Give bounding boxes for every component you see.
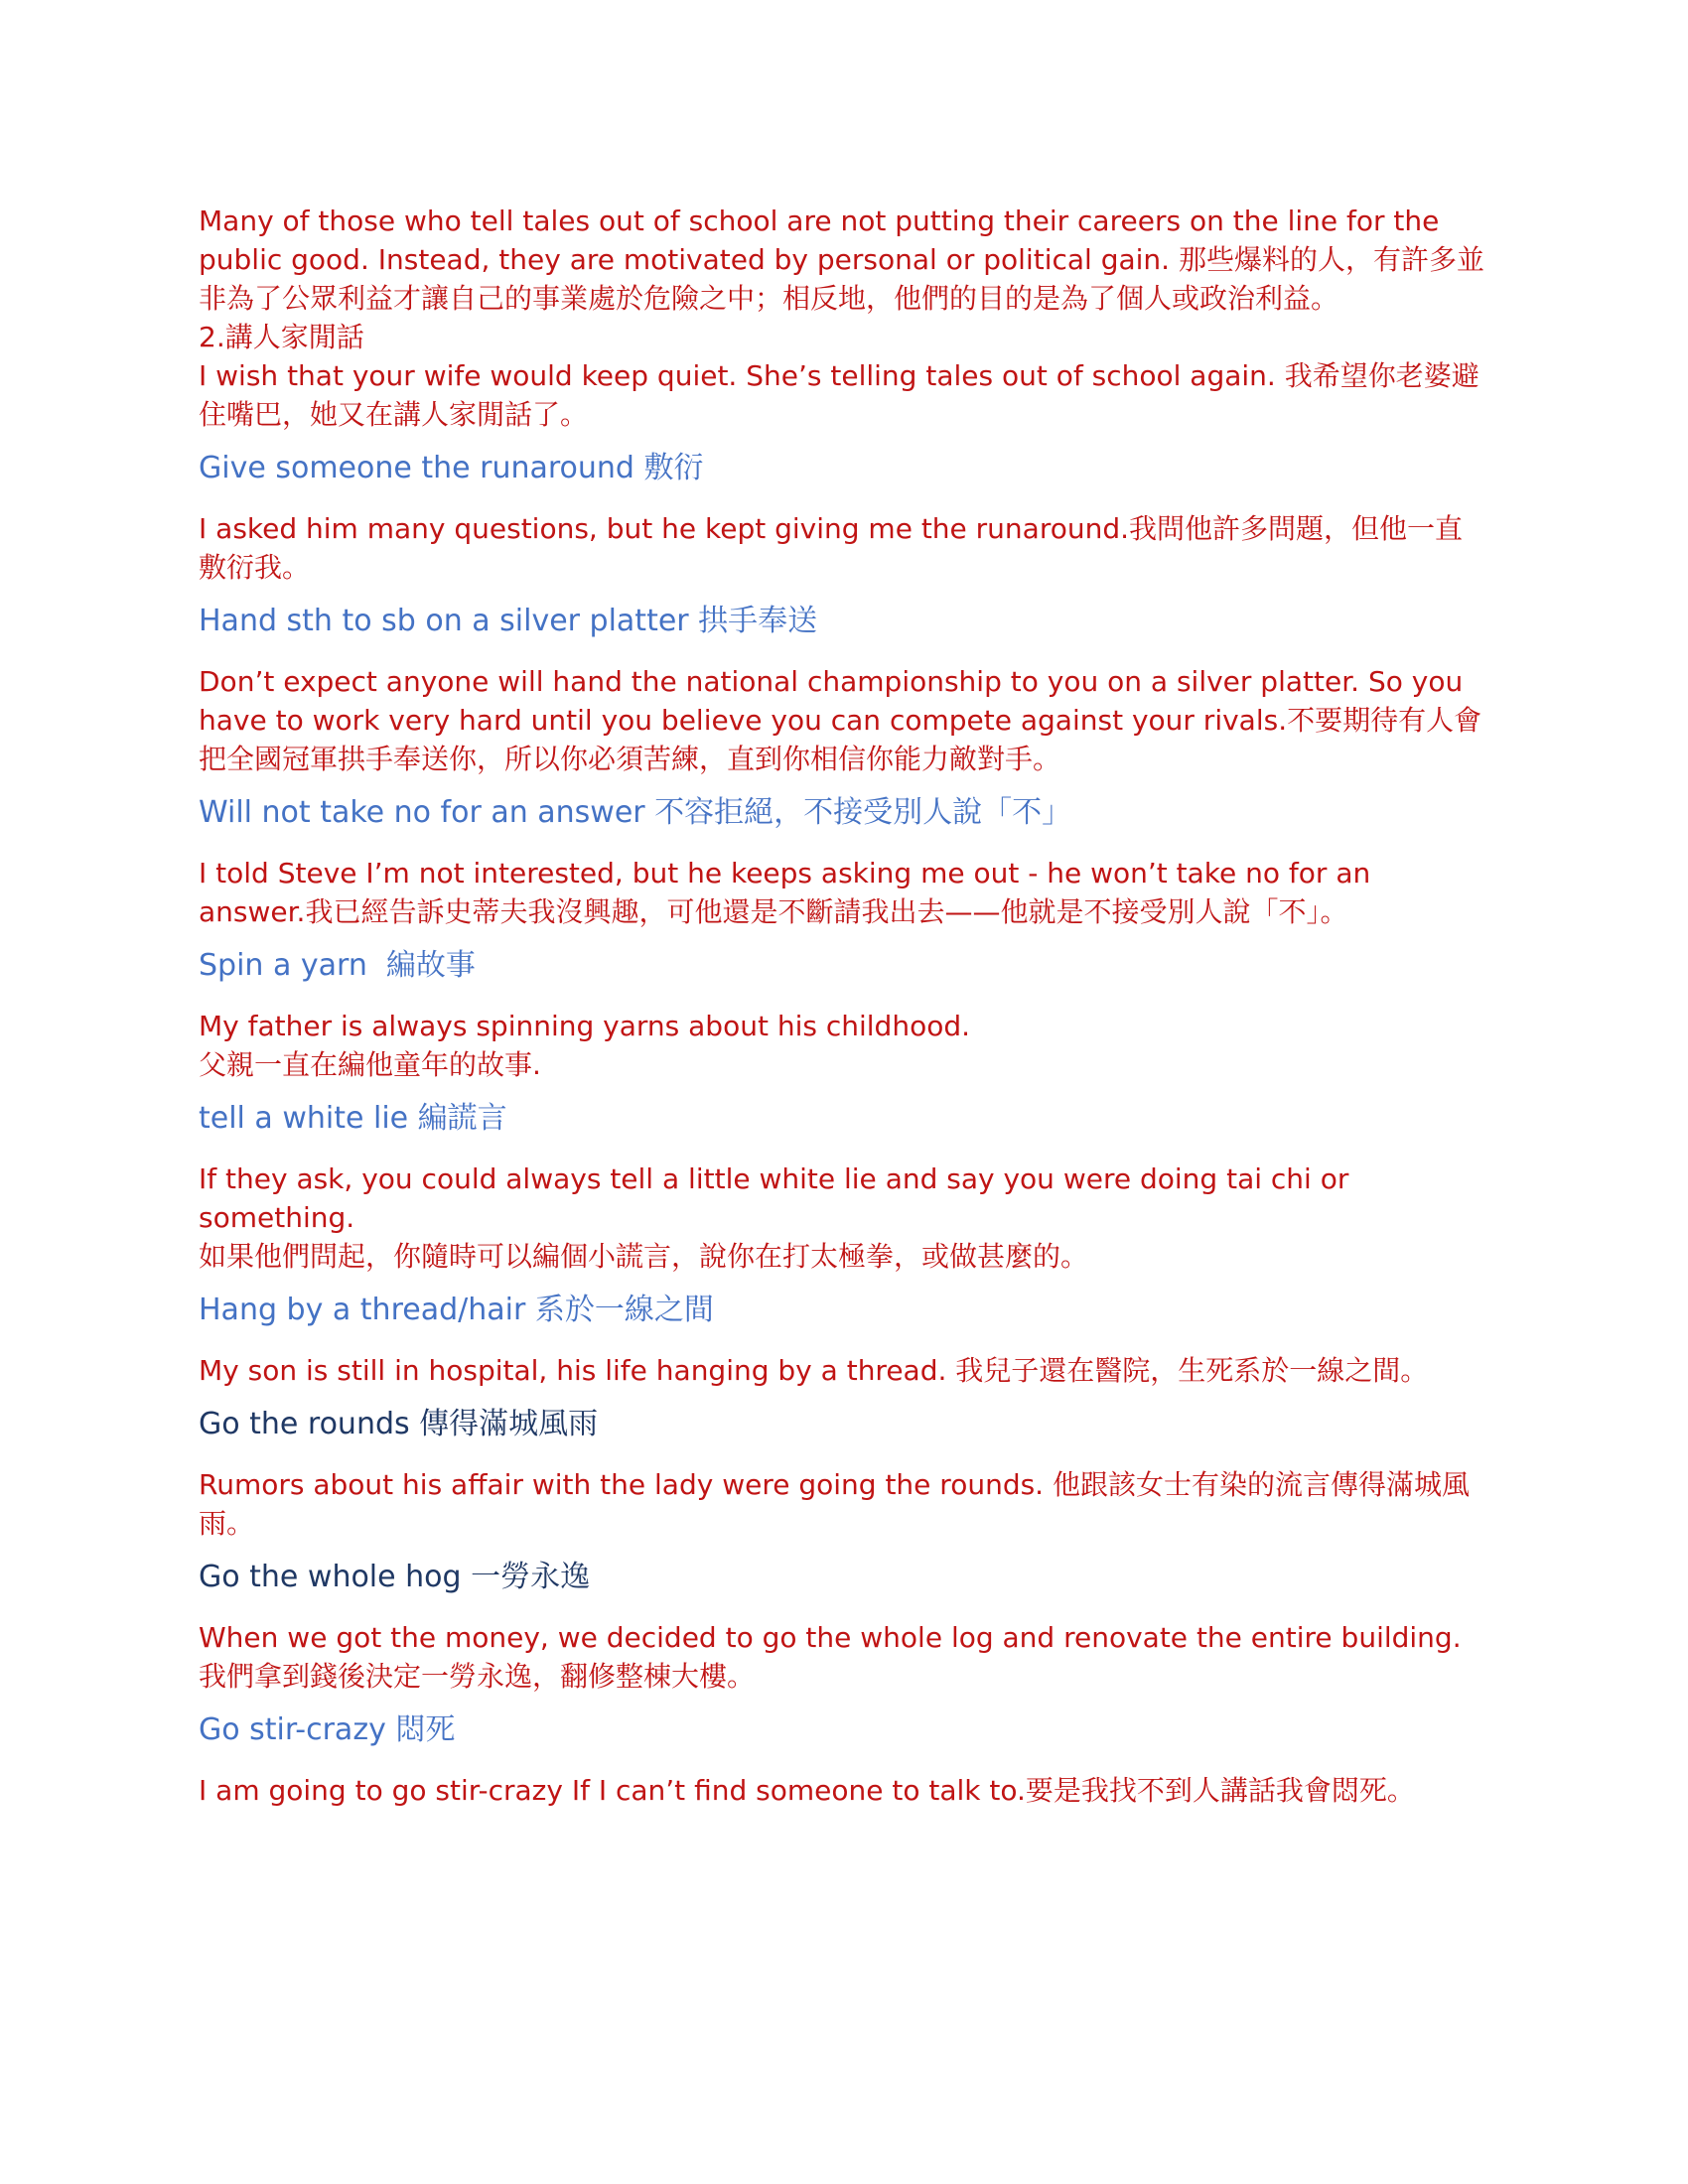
idiom-heading: Give someone the runaround 敷衍 bbox=[199, 449, 1484, 488]
idiom-heading: Go stir-crazy 悶死 bbox=[199, 1710, 1484, 1750]
example-sentence-translation: 父親一直在編他童年的故事. bbox=[199, 1045, 1484, 1084]
example-sentence: If they ask, you could always tell a lit… bbox=[199, 1160, 1484, 1237]
intro-numbered-item: 2.講人家閒話 bbox=[199, 318, 1484, 356]
idiom-entry: Will not take no for an answer 不容拒絕，不接受別… bbox=[199, 793, 1484, 931]
example-sentence: I am going to go stir-crazy If I can’t f… bbox=[199, 1771, 1484, 1810]
idiom-entry: Go stir-crazy 悶死 I am going to go stir-c… bbox=[199, 1710, 1484, 1810]
idiom-entry: Go the rounds 傳得滿城風雨 Rumors about his af… bbox=[199, 1405, 1484, 1543]
example-sentence: My father is always spinning yarns about… bbox=[199, 1007, 1484, 1045]
idiom-heading: Go the rounds 傳得滿城風雨 bbox=[199, 1405, 1484, 1444]
example-sentence-translation: 如果他們問起，你隨時可以編個小謊言，說你在打太極拳，或做甚麼的。 bbox=[199, 1237, 1484, 1276]
example-sentence: When we got the money, we decided to go … bbox=[199, 1618, 1484, 1696]
example-sentence: Rumors about his affair with the lady we… bbox=[199, 1465, 1484, 1543]
idiom-heading: Hang by a thread/hair 系於一線之間 bbox=[199, 1291, 1484, 1330]
example-sentence: Don’t expect anyone will hand the nation… bbox=[199, 662, 1484, 778]
idiom-heading: tell a white lie 編謊言 bbox=[199, 1099, 1484, 1139]
idiom-entry: Spin a yarn 編故事 My father is always spin… bbox=[199, 946, 1484, 1084]
idiom-heading: Will not take no for an answer 不容拒絕，不接受別… bbox=[199, 793, 1484, 833]
idiom-heading: Spin a yarn 編故事 bbox=[199, 946, 1484, 986]
intro-paragraph: Many of those who tell tales out of scho… bbox=[199, 202, 1484, 318]
idiom-entry: Give someone the runaround 敷衍 I asked hi… bbox=[199, 449, 1484, 587]
idiom-entry: Hand sth to sb on a silver platter 拱手奉送 … bbox=[199, 602, 1484, 778]
idiom-entry: tell a white lie 編謊言 If they ask, you co… bbox=[199, 1099, 1484, 1276]
example-sentence: I told Steve I’m not interested, but he … bbox=[199, 854, 1484, 931]
idiom-entry: Go the whole hog 一勞永逸 When we got the mo… bbox=[199, 1558, 1484, 1696]
example-sentence: My son is still in hospital, his life ha… bbox=[199, 1351, 1484, 1390]
intro-example-sentence: I wish that your wife would keep quiet. … bbox=[199, 356, 1484, 434]
document-page: Many of those who tell tales out of scho… bbox=[0, 0, 1688, 2184]
idiom-entry: Hang by a thread/hair 系於一線之間 My son is s… bbox=[199, 1291, 1484, 1390]
example-sentence: I asked him many questions, but he kept … bbox=[199, 509, 1484, 587]
intro-section: Many of those who tell tales out of scho… bbox=[199, 202, 1484, 434]
idiom-heading: Go the whole hog 一勞永逸 bbox=[199, 1558, 1484, 1597]
idiom-heading: Hand sth to sb on a silver platter 拱手奉送 bbox=[199, 602, 1484, 641]
document-content: Many of those who tell tales out of scho… bbox=[199, 202, 1484, 1810]
